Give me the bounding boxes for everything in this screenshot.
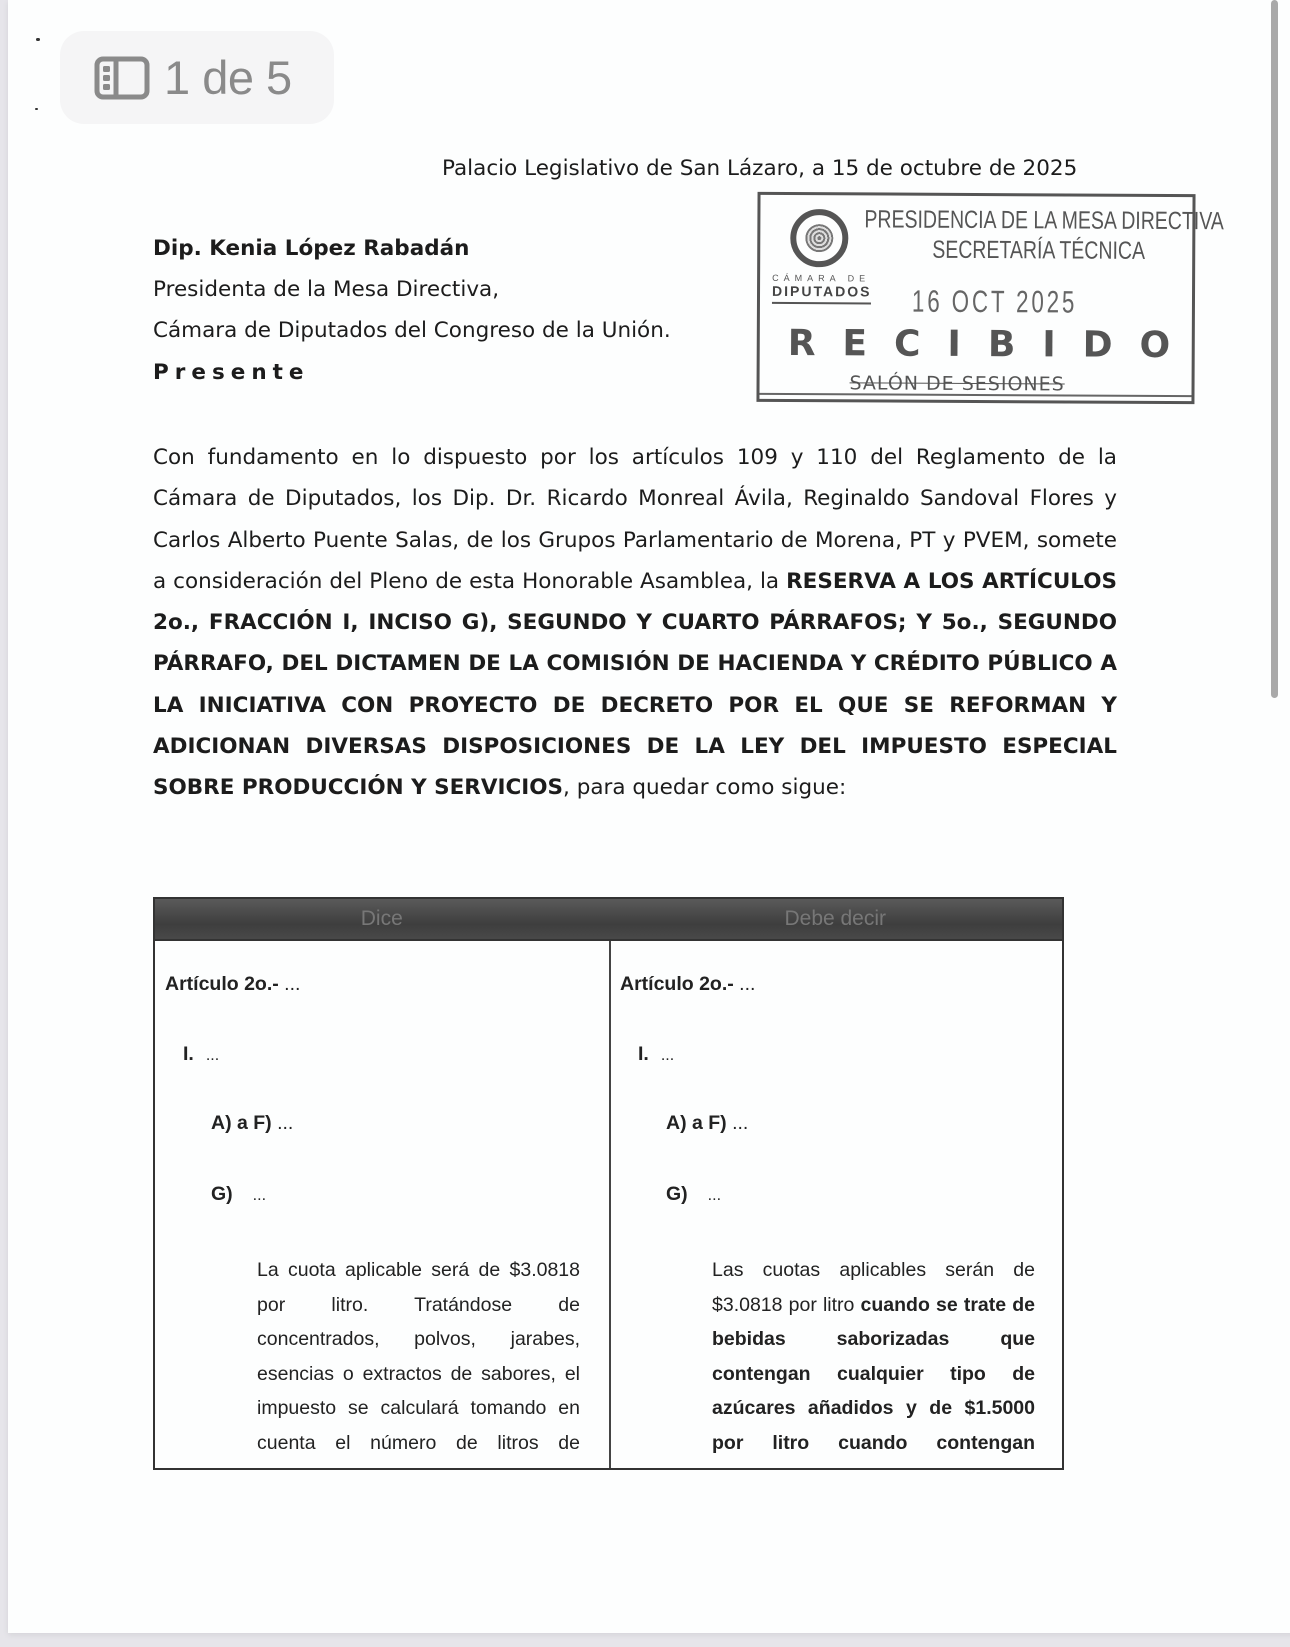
stamp-camara-label: CÁMARA DE [772,273,870,284]
fraction-label: I.... [183,1043,219,1066]
dice-text: La cuota aplicable será de $3.0818 por l… [257,1253,580,1461]
received-stamp: CÁMARA DE DIPUTADOS PRESIDENCIA DE LA ME… [756,192,1195,404]
date-line: Palacio Legislativo de San Lázaro, a 15 … [442,156,1077,181]
header-debe-decir: Debe decir [609,899,1063,941]
stamp-title: PRESIDENCIA DE LA MESA DIRECTIVA [864,205,1224,236]
stamp-diputados-label: DIPUTADOS [772,283,872,305]
article-label: Artículo 2o.- ... [165,973,300,996]
fraction-label: I.... [638,1043,674,1066]
inciso-g-label: G)... [211,1183,266,1206]
body-outro: , para quedar como sigue: [563,775,846,800]
stamp-subtitle: SECRETARÍA TÉCNICA [932,236,1145,266]
body-paragraph: Con fundamento en lo dispuesto por los a… [153,437,1117,809]
debe-decir-text: Las cuotas aplicables serán de $3.0818 p… [712,1253,1035,1461]
stamp-salon: SALÓN DE SESIONES [849,372,1064,395]
scan-artifact [36,38,40,41]
header-dice: Dice [155,899,609,941]
national-seal-icon [790,209,848,267]
page-counter-badge[interactable]: 1 de 5 [60,31,334,124]
inciso-g-label: G)... [666,1183,721,1206]
incisos-af-label: A) a F) ... [211,1112,293,1135]
document-content: Palacio Legislativo de San Lázaro, a 15 … [0,0,1290,1647]
stamp-date: 16 OCT 2025 [912,284,1077,321]
page-counter-label: 1 de 5 [164,50,292,105]
addressee-organization: Cámara de Diputados del Congreso de la U… [153,318,671,343]
stamp-recibido: RECIBIDO [788,323,1198,366]
body-bold-title: RESERVA A LOS ARTÍCULOS 2o., FRACCIÓN I,… [153,569,1117,800]
stamp-rule [759,393,1191,397]
scan-artifact [35,108,38,110]
vertical-scrollbar[interactable] [1271,0,1278,698]
table-column-divider [609,941,611,1468]
salutation: Presente [153,360,310,385]
table-header: Dice Debe decir [155,899,1062,941]
incisos-af-label: A) a F) ... [666,1112,748,1135]
article-label: Artículo 2o.- ... [620,973,755,996]
sidebar-toggle-icon[interactable] [94,56,150,100]
addressee-role: Presidenta de la Mesa Directiva, [153,277,499,302]
addressee-name: Dip. Kenia López Rabadán [153,236,469,261]
comparison-table: Dice Debe decir Artículo 2o.- ... I.... … [153,897,1064,1470]
